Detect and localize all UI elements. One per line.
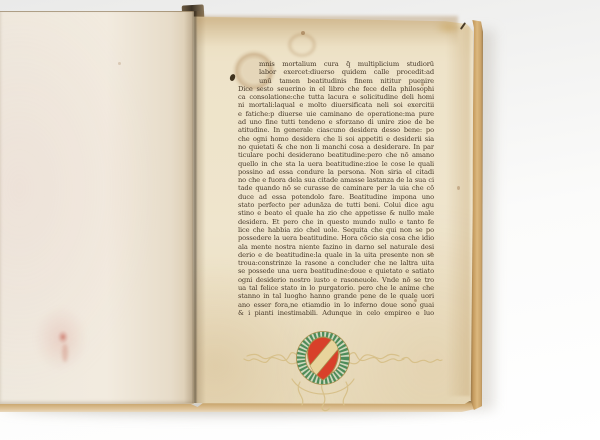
text-line: lice che habbia zio chel uole. Sequita c… bbox=[238, 226, 434, 234]
text-line: duce ad essa potendolo fare. Beatitudine… bbox=[238, 193, 434, 201]
text-line: ala mente nostra niente fazino in darno … bbox=[238, 243, 434, 251]
text-line: atitudine. In generale ciascuno desidera… bbox=[238, 126, 434, 134]
text-line: Dice sesto seuerino in el libro che fece… bbox=[238, 85, 434, 93]
text-line: mnis mortalium cura q̃ multiplicium stud… bbox=[238, 60, 434, 68]
text-line: che ogni homo desidera che li soi appeti… bbox=[238, 135, 434, 143]
text-line: possino ad essa condure la persona. Non … bbox=[238, 168, 434, 176]
text-line: ogni desiderio nostro iusto e rasoneuole… bbox=[238, 276, 434, 284]
text-line: se possede una uera beatitudine:doue e q… bbox=[238, 267, 434, 275]
text-line: ano esser fora,ne etiamdio in lo inferno… bbox=[238, 301, 434, 309]
text-line: ni mortali:laqual e molto diuersificata … bbox=[238, 101, 434, 109]
text-line: e fatiche:p diuerse uie caminano de oper… bbox=[238, 110, 434, 118]
text-line: troua:constrinze la rasone a concluder c… bbox=[238, 259, 434, 267]
text-line: stino e beato el quale ha zio che appeti… bbox=[238, 209, 434, 217]
gutter-fold bbox=[184, 11, 206, 403]
text-line: stanno in tal luogho hanno grande pene d… bbox=[238, 292, 434, 300]
text-line: & i pianti inestimabili. Adunque in celo… bbox=[238, 309, 434, 317]
printed-text-block: mnis mortalium cura q̃ multiplicium stud… bbox=[238, 60, 434, 317]
left-blank-page bbox=[0, 11, 194, 404]
text-line: desidera. Et pero che in questo mundo nu… bbox=[238, 218, 434, 226]
text-line: ad uno fine tutti tendeno e sforzano di … bbox=[238, 118, 434, 126]
text-line: possedere la uera beatitudine. Hora cōc… bbox=[238, 234, 434, 242]
text-line: ua tal felice stato in lo purgatorio. pe… bbox=[238, 284, 434, 292]
text-line: tade quando nō se curasse de caminare p… bbox=[238, 184, 434, 192]
text-line: derio e de beatitudine:la quale in la ui… bbox=[238, 251, 434, 259]
text-line: no che e fuora dela sua citade amasse la… bbox=[238, 176, 434, 184]
text-line: ca consolatione:che tutta lacura e solic… bbox=[238, 93, 434, 101]
photograph-of-open-incunable-book: mnis mortalium cura q̃ multiplicium stud… bbox=[0, 0, 600, 440]
text-line: stato perfecto per adunāza de tutti ben… bbox=[238, 201, 434, 209]
text-line: ticulare pochi desiderano beatitudine:pe… bbox=[238, 151, 434, 159]
coat-of-arms-emblem bbox=[236, 327, 446, 415]
text-line: labor exercet:diuerso quidem calle proce… bbox=[238, 68, 434, 76]
text-line: quello in che sta la uera beatitudine:zi… bbox=[238, 160, 434, 168]
text-line: no quietati & che non li manchi cosa a d… bbox=[238, 143, 434, 151]
text-line: unū tamen beatitudinis finem nititur pu… bbox=[238, 77, 434, 85]
